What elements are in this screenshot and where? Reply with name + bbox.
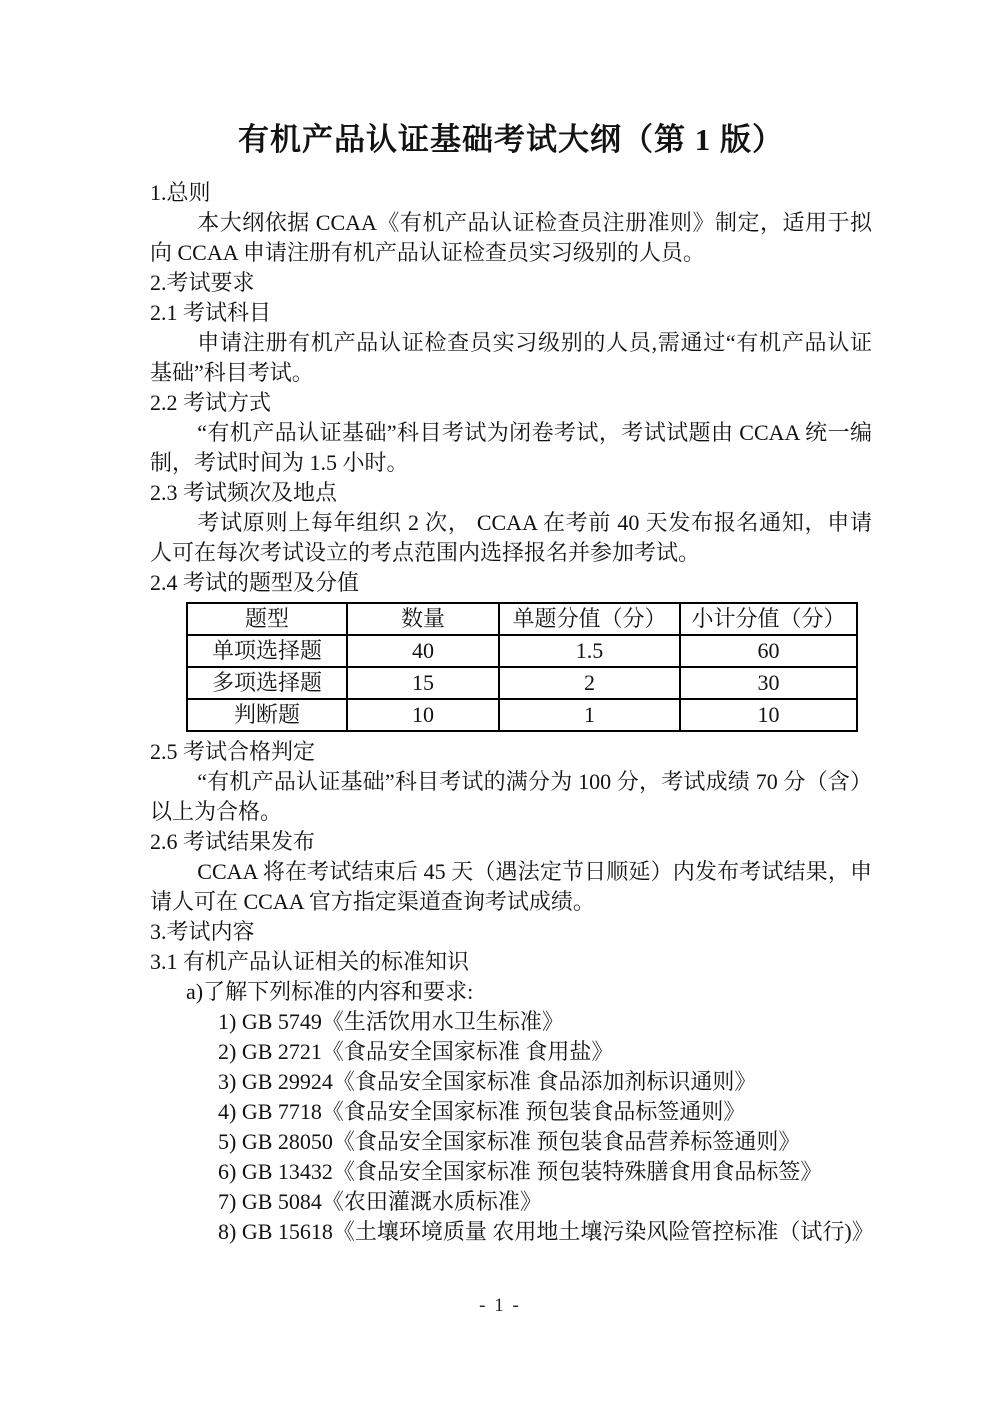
standard-list-item: 5) GB 28050《食品安全国家标准 预包装食品营养标签通则》	[150, 1127, 872, 1157]
section-2-6-heading: 2.6 考试结果发布	[150, 827, 872, 857]
table-header-count: 数量	[347, 603, 499, 635]
standard-list-item: 3) GB 29924《食品安全国家标准 食品添加剂标识通则》	[150, 1067, 872, 1097]
standard-list-item: 4) GB 7718《食品安全国家标准 预包装食品标签通则》	[150, 1097, 872, 1127]
page-number: - 1 -	[0, 1295, 1000, 1317]
section-3-heading: 3.考试内容	[150, 917, 872, 947]
table-header-subtotal-score: 小计分值（分）	[680, 603, 857, 635]
standards-list-intro: a)了解下列标准的内容和要求:	[150, 977, 872, 1007]
table-header-question-type: 题型	[187, 603, 347, 635]
standards-list: 1) GB 5749《生活饮用水卫生标准》 2) GB 2721《食品安全国家标…	[150, 1007, 872, 1247]
section-2-6-paragraph: CCAA 将在考试结束后 45 天（遇法定节日顺延）内发布考试结果，申请人可在 …	[150, 857, 872, 917]
section-2-heading: 2.考试要求	[150, 268, 872, 298]
standard-list-item: 2) GB 2721《食品安全国家标准 食用盐》	[150, 1037, 872, 1067]
cell-subtotal-score: 30	[680, 667, 857, 699]
section-1-heading: 1.总则	[150, 178, 872, 208]
table-header-per-item-score: 单题分值（分）	[499, 603, 680, 635]
standard-list-item: 1) GB 5749《生活饮用水卫生标准》	[150, 1007, 872, 1037]
cell-question-type: 单项选择题	[187, 635, 347, 667]
document-page: 有机产品认证基础考试大纲（第 1 版） 1.总则 本大纲依据 CCAA《有机产品…	[0, 0, 1000, 1414]
page-title: 有机产品认证基础考试大纲（第 1 版）	[150, 118, 872, 162]
cell-count: 15	[347, 667, 499, 699]
section-3-1-heading: 3.1 有机产品认证相关的标准知识	[150, 947, 872, 977]
table-row: 判断题 10 1 10	[187, 699, 857, 731]
cell-per-item-score: 1	[499, 699, 680, 731]
cell-subtotal-score: 10	[680, 699, 857, 731]
standard-list-item: 7) GB 5084《农田灌溉水质标准》	[150, 1187, 872, 1217]
section-2-5-heading: 2.5 考试合格判定	[150, 737, 872, 767]
section-1-paragraph: 本大纲依据 CCAA《有机产品认证检查员注册准则》制定，适用于拟向 CCAA 申…	[150, 208, 872, 268]
section-2-4-heading: 2.4 考试的题型及分值	[150, 568, 872, 598]
cell-subtotal-score: 60	[680, 635, 857, 667]
section-2-3-heading: 2.3 考试频次及地点	[150, 478, 872, 508]
document-content: 有机产品认证基础考试大纲（第 1 版） 1.总则 本大纲依据 CCAA《有机产品…	[150, 118, 872, 1247]
exam-score-table: 题型 数量 单题分值（分） 小计分值（分） 单项选择题 40 1.5 60 多项…	[186, 602, 858, 732]
table-header-row: 题型 数量 单题分值（分） 小计分值（分）	[187, 603, 857, 635]
cell-per-item-score: 1.5	[499, 635, 680, 667]
section-2-5-paragraph: “有机产品认证基础”科目考试的满分为 100 分，考试成绩 70 分（含）以上为…	[150, 767, 872, 827]
section-2-2-heading: 2.2 考试方式	[150, 388, 872, 418]
standard-list-item: 6) GB 13432《食品安全国家标准 预包装特殊膳食用食品标签》	[150, 1157, 872, 1187]
section-2-2-paragraph: “有机产品认证基础”科目考试为闭卷考试，考试试题由 CCAA 统一编制，考试时间…	[150, 418, 872, 478]
standard-list-item: 8) GB 15618《土壤环境质量 农用地土壤污染风险管控标准（试行)》	[150, 1217, 872, 1247]
section-2-1-paragraph: 申请注册有机产品认证检查员实习级别的人员,需通过“有机产品认证基础”科目考试。	[150, 328, 872, 388]
table-row: 多项选择题 15 2 30	[187, 667, 857, 699]
cell-question-type: 多项选择题	[187, 667, 347, 699]
cell-count: 40	[347, 635, 499, 667]
section-2-3-paragraph: 考试原则上每年组织 2 次， CCAA 在考前 40 天发布报名通知，申请人可在…	[150, 508, 872, 568]
table-row: 单项选择题 40 1.5 60	[187, 635, 857, 667]
section-2-1-heading: 2.1 考试科目	[150, 298, 872, 328]
cell-count: 10	[347, 699, 499, 731]
cell-per-item-score: 2	[499, 667, 680, 699]
cell-question-type: 判断题	[187, 699, 347, 731]
